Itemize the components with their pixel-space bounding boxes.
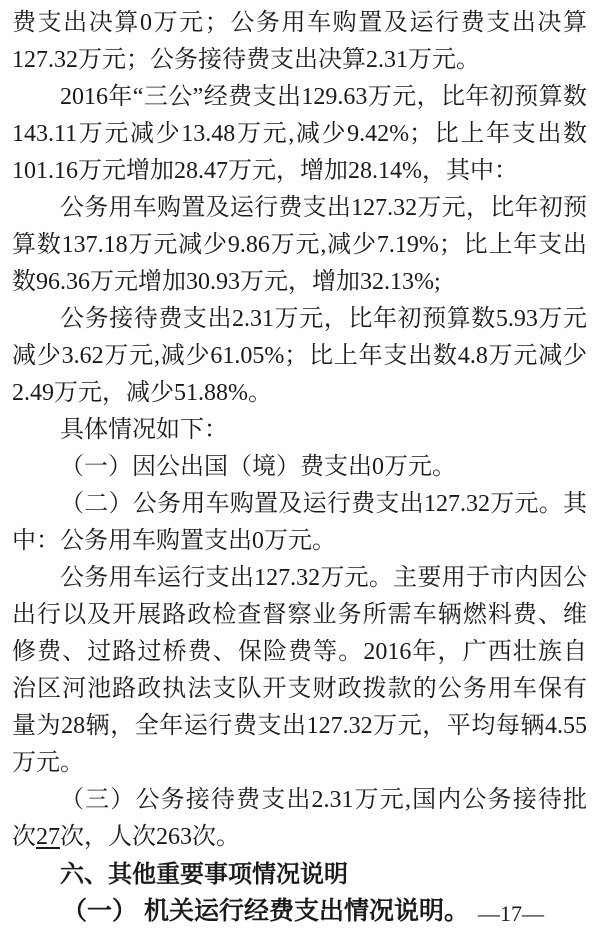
para-item3-reception-expense: （三）公务接待费支出2.31万元,国内公务接待批次27次，人次263次。	[12, 782, 587, 856]
para-vehicle-expense-summary: 公务用车购置及运行费支出127.32万元，比年初预算数137.18万元减少9.8…	[12, 190, 587, 301]
reception-batch-count-underlined: 27	[36, 824, 60, 850]
para-details-intro: 具体情况如下：	[12, 412, 587, 449]
para-carryover-settlement: 费支出决算0万元；公务用车购置及运行费支出决算127.32万元；公务接待费支出决…	[12, 5, 587, 79]
para-item3-reception-post: 次，人次263次。	[60, 824, 240, 850]
para-vehicle-operation-detail: 公务用车运行支出127.32万元。主要用于市内因公出行以及开展路政检查督察业务所…	[12, 560, 587, 782]
document-page: 费支出决算0万元；公务用车购置及运行费支出决算127.32万元；公务接待费支出决…	[0, 0, 600, 940]
page-number: —17—	[478, 902, 544, 926]
para-item2-vehicle-expense: （二）公务用车购置及运行费支出127.32万元。其中：公务用车购置支出0万元。	[12, 486, 587, 560]
para-item1-abroad-expense: （一）因公出国（境）费支出0万元。	[12, 449, 587, 486]
para-sangong-total-summary: 2016年“三公”经费支出129.63万元，比年初预算数143.11万元减少13…	[12, 79, 587, 190]
para-reception-expense-summary: 公务接待费支出2.31万元，比年初预算数5.93万元减少3.62万元,减少61.…	[12, 301, 587, 412]
heading-section-six: 六、其他重要事项情况说明	[12, 856, 587, 893]
